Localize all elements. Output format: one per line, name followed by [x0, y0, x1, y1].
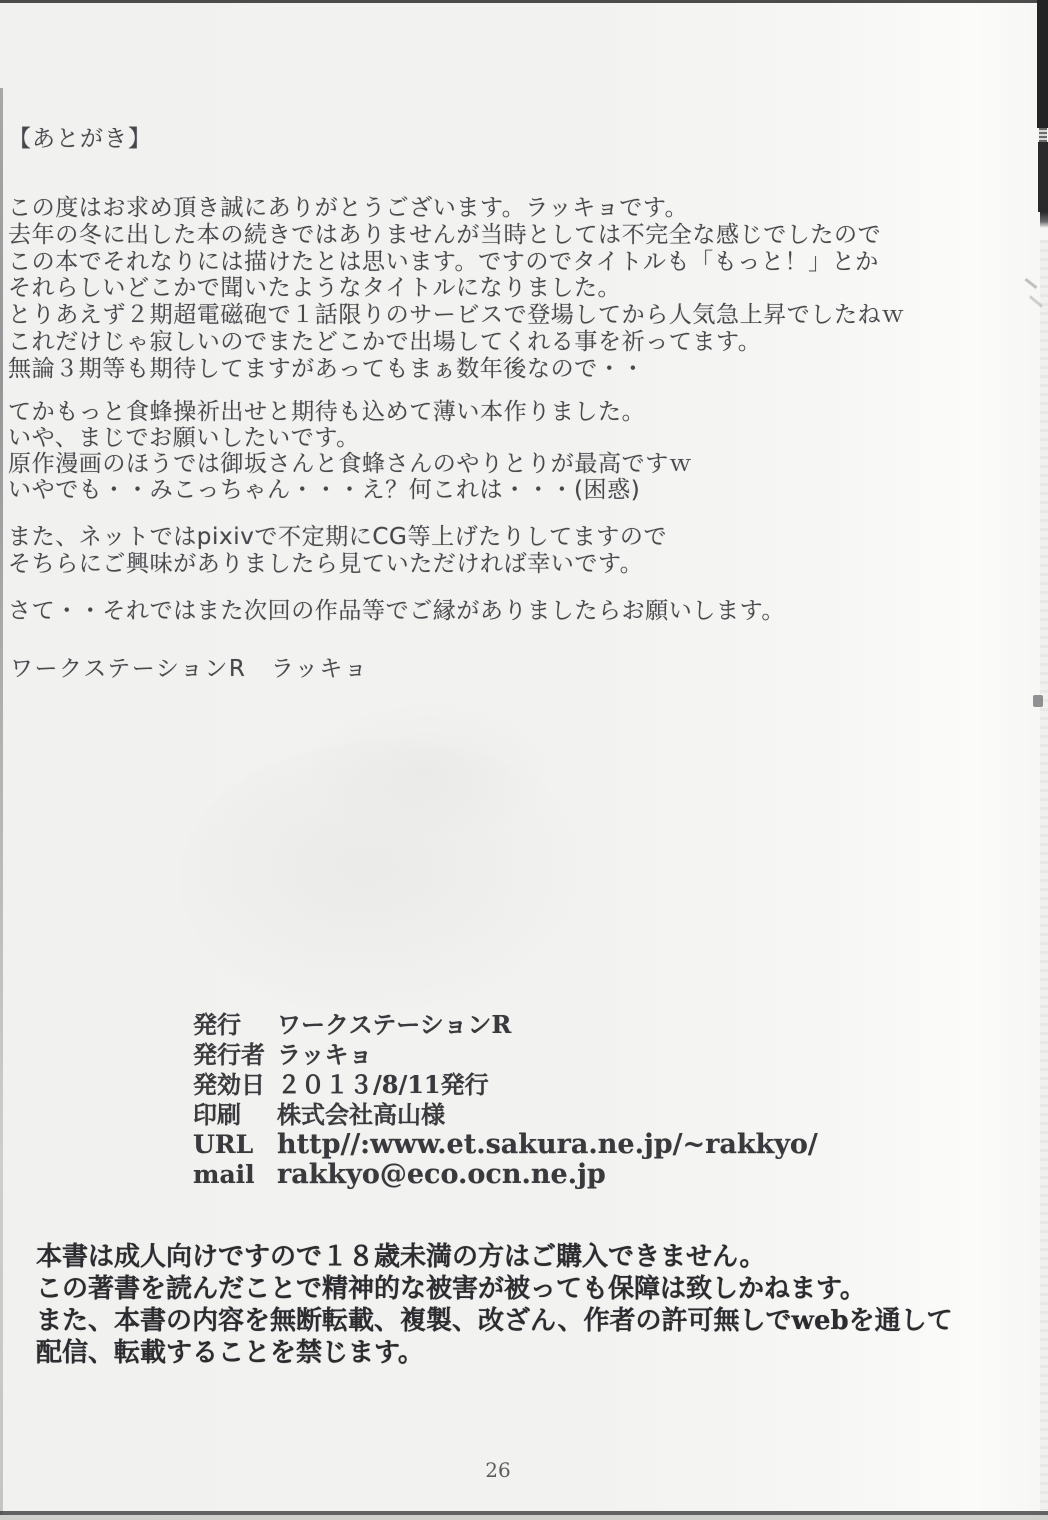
text-line: 去年の冬に出した本の続きではありませんが当時としては不完全な感じでしたので	[8, 222, 905, 249]
scan-edge-left	[0, 88, 3, 1515]
colophon-value: ２０１３/8/11発行	[277, 1070, 489, 1099]
afterword-paragraph-2: てかもっと食蜂操祈出せと期待も込めて薄い本作りました。 いや、まじでお願いしたい…	[8, 399, 692, 503]
scan-binding-shadow-gap	[1039, 128, 1047, 142]
page-number: 26	[478, 1458, 518, 1482]
text-line: この度はお求め頂き誠にありがとうございます。ラッキョです。	[8, 195, 905, 222]
scan-binding-shadow-top	[1037, 0, 1048, 128]
text-line: いやでも・・みこっちゃん・・・え？何これは・・・(困惑)	[8, 477, 692, 503]
colophon-row-author: 発行者ラッキョ	[193, 1040, 818, 1070]
disclaimer-line: 配信、転載することを禁じます。	[36, 1337, 953, 1369]
colophon-label: 発行	[193, 1010, 277, 1040]
colophon-row-printer: 印刷株式会社高山様	[193, 1100, 818, 1130]
text-line: さて・・それではまた次回の作品等でご縁がありましたらお願いします。	[8, 598, 785, 625]
text-line: そちらにご興味がありましたら見ていただければ幸いです。	[8, 551, 667, 578]
text-line: この本でそれなりには描けたとは思います。ですのでタイトルも「もっと！」とか	[8, 249, 905, 276]
disclaimer-line: 本書は成人向けですので１８歳未満の方はご購入できません。	[36, 1241, 953, 1273]
text-line: てかもっと食蜂操祈出せと期待も込めて薄い本作りました。	[8, 399, 692, 425]
colophon-label: 印刷	[193, 1100, 277, 1130]
colophon: 発行ワークステーションR 発行者ラッキョ 発効日２０１３/8/11発行 印刷株式…	[193, 1010, 818, 1190]
afterword-heading: 【あとがき】	[8, 120, 152, 153]
colophon-value: ワークステーションR	[277, 1010, 511, 1039]
colophon-label: 発効日	[193, 1070, 277, 1100]
colophon-row-publisher: 発行ワークステーションR	[193, 1010, 818, 1040]
page-showthrough	[300, 700, 560, 840]
scan-binding-shadow-bottom	[1038, 142, 1048, 212]
text-line: 原作漫画のほうでは御坂さんと食蜂さんのやりとりが最高ですｗ	[8, 451, 692, 477]
text-line: 無論３期等も期待してますがあってもまぁ数年後なので・・	[8, 356, 905, 383]
author-signature: ワークステーションR ラッキョ	[10, 650, 368, 683]
colophon-value: ラッキョ	[277, 1040, 373, 1069]
disclaimer-block: 本書は成人向けですので１８歳未満の方はご購入できません。 この著書を読んだことで…	[36, 1241, 953, 1369]
colophon-row-mail: mailrakkyo@eco.ocn.ne.jp	[193, 1160, 818, 1190]
text-line: これだけじゃ寂しいのでまたどこかで出場してくれる事を祈ってます。	[8, 329, 905, 356]
colophon-label: mail	[193, 1160, 277, 1190]
scan-edge-top	[0, 0, 1048, 3]
text-line: また、ネットではpixivで不定期にCG等上げたりしてますので	[8, 524, 667, 551]
scan-smudge	[1033, 695, 1043, 707]
colophon-label: URL	[193, 1130, 277, 1160]
disclaimer-line: また、本書の内容を無断転載、複製、改ざん、作者の許可無しでwebを通して	[36, 1305, 953, 1337]
afterword-paragraph-3: また、ネットではpixivで不定期にCG等上げたりしてますので そちらにご興味が…	[8, 524, 667, 577]
scan-binding-shadow-tip	[1040, 212, 1048, 228]
text-line: とりあえず２期超電磁砲で１話限りのサービスで登場してから人気急上昇でしたねｗ	[8, 302, 905, 329]
colophon-label: 発行者	[193, 1040, 277, 1070]
scan-edge-right-speckle	[1040, 240, 1048, 1510]
disclaimer-line: この著書を読んだことで精神的な被害が被っても保障は致しかねます。	[36, 1273, 953, 1305]
colophon-value: 株式会社高山様	[277, 1100, 445, 1129]
scan-edge-bottom-shadow	[0, 1515, 1048, 1520]
text-line: いや、まじでお願いしたいです。	[8, 425, 692, 451]
scan-smudge	[1025, 278, 1038, 289]
colophon-mail-value: rakkyo@eco.ocn.ne.jp	[277, 1159, 606, 1190]
text-line: それらしいどこかで聞いたようなタイトルになりました。	[8, 275, 905, 302]
colophon-row-date: 発効日２０１３/8/11発行	[193, 1070, 818, 1100]
afterword-paragraph-1: この度はお求め頂き誠にありがとうございます。ラッキョです。 去年の冬に出した本の…	[8, 195, 905, 383]
colophon-row-url: URLhttp//:www.et.sakura.ne.jp/~rakkyo/	[193, 1130, 818, 1160]
afterword-paragraph-4: さて・・それではまた次回の作品等でご縁がありましたらお願いします。	[8, 598, 785, 625]
colophon-url-value: http//:www.et.sakura.ne.jp/~rakkyo/	[277, 1129, 818, 1160]
scanned-afterword-page: 【あとがき】 この度はお求め頂き誠にありがとうございます。ラッキョです。 去年の…	[0, 0, 1048, 1520]
